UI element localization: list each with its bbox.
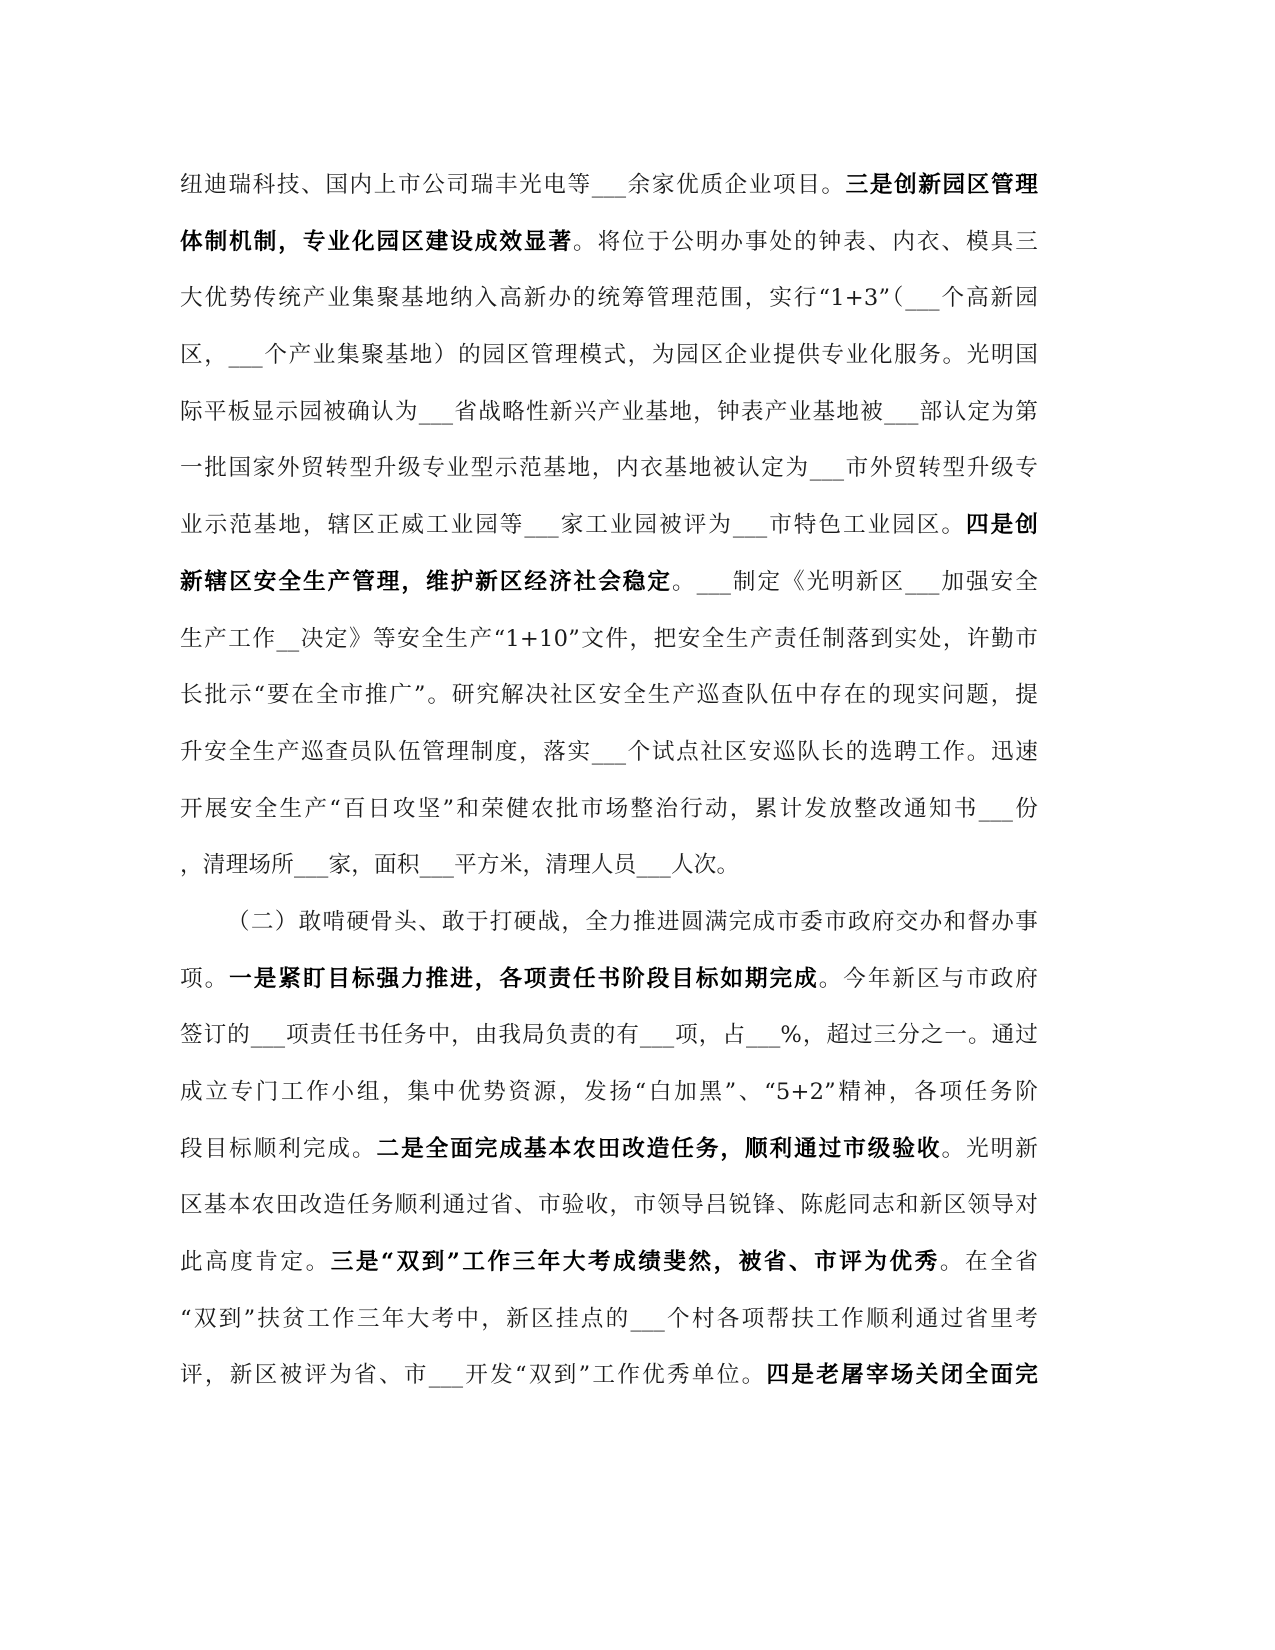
text-line: “双到”扶贫工作三年大考中，新区挂点的___个村各项帮扶工作顺利通过省里考 (180, 1296, 1038, 1353)
body-text: 区，___个产业集聚基地）的园区管理模式，为园区企业提供专业化服务。光明国 (180, 342, 1038, 368)
body-text: 段目标顺利完成。 (180, 1136, 377, 1162)
text-line: 长批示“要在全市推广”。研究解决社区安全生产巡查队伍中存在的现实问题，提 (180, 672, 1038, 729)
paragraph-2: （二）敢啃硬骨头、敢于打硬战，全力推进圆满完成市委市政府交办和督办事项。一是紧盯… (180, 899, 1038, 1409)
text-line: 纽迪瑞科技、国内上市公司瑞丰光电等___余家优质企业项目。三是创新园区管理 (180, 162, 1038, 219)
text-line: 签订的___项责任书任务中，由我局负责的有___项，占___%，超过三分之一。通… (180, 1012, 1038, 1069)
body-text: 生产工作__决定》等安全生产“1+10”文件，把安全生产责任制落到实处，许勤市 (180, 626, 1038, 652)
text-line: 升安全生产巡查员队伍管理制度，落实___个试点社区安巡队长的选聘工作。迅速 (180, 729, 1038, 786)
text-line: 大优势传统产业集聚基地纳入高新办的统筹管理范围，实行“1+3”（___个高新园 (180, 275, 1038, 332)
body-text: 际平板显示园被确认为___省战略性新兴产业基地，钟表产业基地被___部认定为第 (180, 399, 1038, 425)
body-text: 成立专门工作小组，集中优势资源，发扬“白加黑”、“5+2”精神，各项任务阶 (180, 1079, 1038, 1105)
bold-heading-text: 三是“双到”工作三年大考成绩斐然，被省、市评为优秀 (331, 1249, 940, 1275)
bold-heading-text: 二是全面完成基本农田改造任务，顺利通过市级验收 (377, 1136, 942, 1162)
bold-heading-text: 体制机制，专业化园区建设成效显著 (180, 229, 573, 255)
body-text: 评，新区被评为省、市___开发“双到”工作优秀单位。 (180, 1362, 767, 1388)
body-text: ，清理场所___家，面积___平方米，清理人员___人次。 (180, 852, 739, 878)
body-text: 。___制定《光明新区___加强安全 (672, 569, 1038, 595)
text-line: 业示范基地，辖区正威工业园等___家工业园被评为___市特色工业园区。四是创 (180, 502, 1038, 559)
text-line: 际平板显示园被确认为___省战略性新兴产业基地，钟表产业基地被___部认定为第 (180, 389, 1038, 446)
body-text: 项。 (180, 966, 229, 992)
text-line: ，清理场所___家，面积___平方米，清理人员___人次。 (180, 842, 1038, 899)
bold-heading-text: 一是紧盯目标强力推进，各项责任书阶段目标如期完成 (229, 966, 819, 992)
body-text: （二）敢啃硬骨头、敢于打硬战，全力推进圆满完成市委市政府交办和督办事 (227, 909, 1038, 935)
body-text: 升安全生产巡查员队伍管理制度，落实___个试点社区安巡队长的选聘工作。迅速 (180, 739, 1038, 765)
body-text: 开展安全生产“百日攻坚”和荣健农批市场整治行动，累计发放整改通知书___份 (180, 796, 1038, 822)
body-text: 。光明新 (942, 1136, 1039, 1162)
body-text: 。今年新区与市政府 (819, 966, 1038, 992)
text-line: 评，新区被评为省、市___开发“双到”工作优秀单位。四是老屠宰场关闭全面完 (180, 1352, 1038, 1409)
body-text: 长批示“要在全市推广”。研究解决社区安全生产巡查队伍中存在的现实问题，提 (180, 682, 1038, 708)
body-text: “双到”扶贫工作三年大考中，新区挂点的___个村各项帮扶工作顺利通过省里考 (180, 1306, 1038, 1332)
text-line: （二）敢啃硬骨头、敢于打硬战，全力推进圆满完成市委市政府交办和督办事 (180, 899, 1038, 956)
text-line: 区，___个产业集聚基地）的园区管理模式，为园区企业提供专业化服务。光明国 (180, 332, 1038, 389)
body-text: 。在全省 (940, 1249, 1038, 1275)
text-line: 项。一是紧盯目标强力推进，各项责任书阶段目标如期完成。今年新区与市政府 (180, 956, 1038, 1013)
text-line: 生产工作__决定》等安全生产“1+10”文件，把安全生产责任制落到实处，许勤市 (180, 616, 1038, 673)
text-line: 开展安全生产“百日攻坚”和荣健农批市场整治行动，累计发放整改通知书___份 (180, 786, 1038, 843)
bold-heading-text: 三是创新园区管理 (846, 172, 1038, 198)
text-line: 段目标顺利完成。二是全面完成基本农田改造任务，顺利通过市级验收。光明新 (180, 1126, 1038, 1183)
body-text: 纽迪瑞科技、国内上市公司瑞丰光电等___余家优质企业项目。 (180, 172, 846, 198)
document-page: 纽迪瑞科技、国内上市公司瑞丰光电等___余家优质企业项目。三是创新园区管理体制机… (180, 162, 1038, 1409)
body-text: 业示范基地，辖区正威工业园等___家工业园被评为___市特色工业园区。 (180, 512, 966, 538)
text-line: 成立专门工作小组，集中优势资源，发扬“白加黑”、“5+2”精神，各项任务阶 (180, 1069, 1038, 1126)
body-text: 大优势传统产业集聚基地纳入高新办的统筹管理范围，实行“1+3”（___个高新园 (180, 285, 1038, 311)
text-line: 一批国家外贸转型升级专业型示范基地，内衣基地被认定为___市外贸转型升级专 (180, 445, 1038, 502)
body-text: 此高度肯定。 (180, 1249, 331, 1275)
body-text: 一批国家外贸转型升级专业型示范基地，内衣基地被认定为___市外贸转型升级专 (180, 455, 1038, 481)
body-text: 签订的___项责任书任务中，由我局负责的有___项，占___%，超过三分之一。通… (180, 1022, 1038, 1048)
bold-heading-text: 四是老屠宰场关闭全面完 (767, 1362, 1039, 1388)
body-text: 。将位于公明办事处的钟表、内衣、模具三 (573, 229, 1038, 255)
body-text: 区基本农田改造任务顺利通过省、市验收，市领导吕锐锋、陈彪同志和新区领导对 (180, 1192, 1038, 1218)
text-line: 区基本农田改造任务顺利通过省、市验收，市领导吕锐锋、陈彪同志和新区领导对 (180, 1182, 1038, 1239)
bold-heading-text: 四是创 (966, 512, 1038, 538)
text-line: 此高度肯定。三是“双到”工作三年大考成绩斐然，被省、市评为优秀。在全省 (180, 1239, 1038, 1296)
text-line: 体制机制，专业化园区建设成效显著。将位于公明办事处的钟表、内衣、模具三 (180, 219, 1038, 276)
bold-heading-text: 新辖区安全生产管理，维护新区经济社会稳定 (180, 569, 672, 595)
paragraph-1: 纽迪瑞科技、国内上市公司瑞丰光电等___余家优质企业项目。三是创新园区管理体制机… (180, 162, 1038, 899)
text-line: 新辖区安全生产管理，维护新区经济社会稳定。___制定《光明新区___加强安全 (180, 559, 1038, 616)
